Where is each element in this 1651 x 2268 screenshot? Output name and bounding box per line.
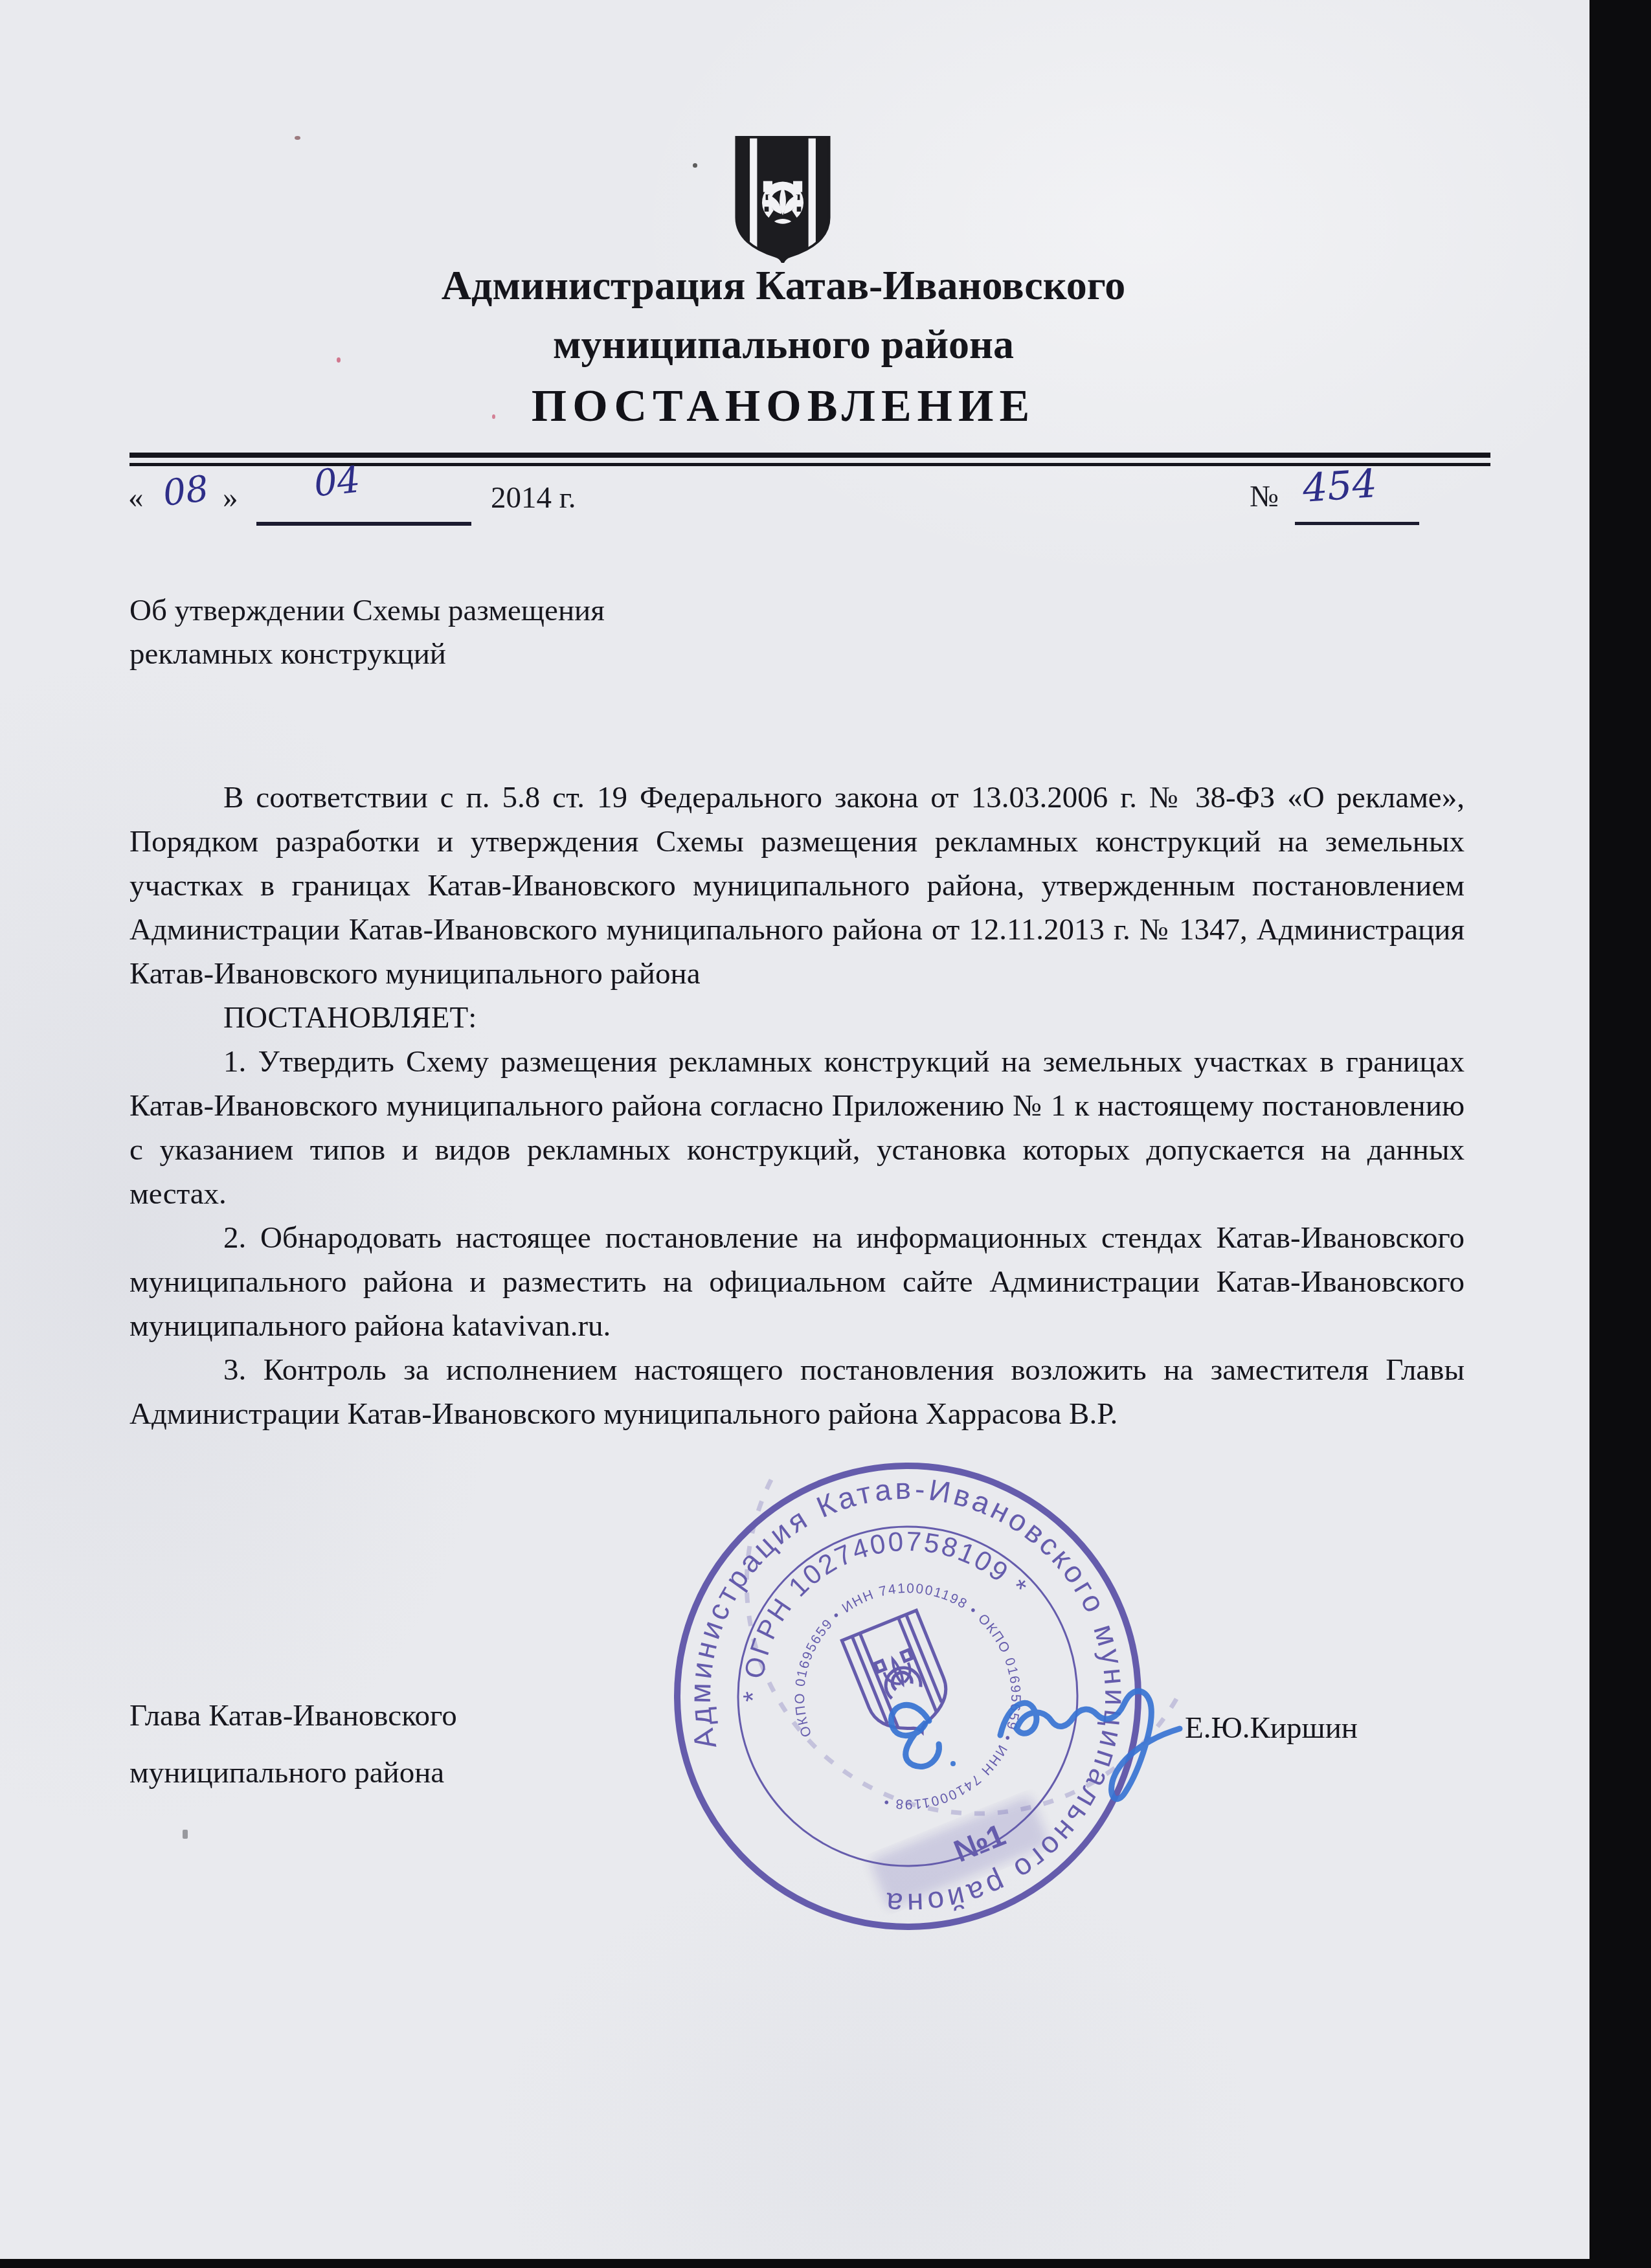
signer-title-line1: Глава Катав-Ивановского <box>129 1687 457 1744</box>
signature-strokes <box>891 1691 1180 1799</box>
coat-of-arms-icon <box>734 135 832 263</box>
date-open-quote: « <box>128 480 144 515</box>
date-blank-line <box>256 484 471 526</box>
paper-speck <box>693 163 697 168</box>
document-type-title: ПОСТАНОВЛЕНИЕ <box>0 381 1567 432</box>
item-3-paragraph: 3. Контроль за исполнением настоящего по… <box>129 1348 1465 1436</box>
org-name-line1: Администрация Катав-Ивановского <box>0 263 1567 308</box>
ink-speck-red <box>295 136 300 140</box>
handwritten-day: 08 <box>161 467 210 514</box>
scanner-edge-bottom <box>0 2259 1651 2268</box>
org-name-line2: муниципального района <box>0 322 1567 367</box>
signer-name: Е.Ю.Киршин <box>1185 1711 1358 1746</box>
signature-icon <box>868 1624 1204 1837</box>
signer-title-block: Глава Катав-Ивановского муниципального р… <box>129 1687 457 1801</box>
ink-speck-red <box>492 414 495 419</box>
item-1-paragraph: 1. Утвердить Схему размещения рекламных … <box>129 1040 1465 1216</box>
paper-speck <box>183 1830 188 1839</box>
intro-paragraph: В соответствии с п. 5.8 ст. 19 Федеральн… <box>129 776 1465 996</box>
subject-line2: рекламных конструкций <box>129 633 1036 676</box>
subject-line1: Об утверждении Схемы размещения <box>129 589 1036 633</box>
item-2-paragraph: 2. Обнародовать настоящее постановление … <box>129 1216 1465 1348</box>
ink-speck-red <box>337 357 341 363</box>
scanner-edge-right <box>1589 0 1651 2268</box>
signer-title-line2: муниципального района <box>129 1744 457 1801</box>
handwritten-document-number: 454 <box>1301 461 1378 511</box>
scanned-document: Администрация Катав-Ивановского муниципа… <box>0 0 1651 2268</box>
handwritten-month: 04 <box>312 458 363 505</box>
subject-block: Об утверждении Схемы размещения рекламны… <box>129 589 1036 676</box>
date-close-quote: » <box>223 480 238 515</box>
document-number-sign: № <box>1250 479 1279 514</box>
year-label: 2014 г. <box>491 480 576 515</box>
document-page: Администрация Катав-Ивановского муниципа… <box>0 0 1589 2259</box>
body-text: В соответствии с п. 5.8 ст. 19 Федеральн… <box>129 776 1465 1436</box>
resolves-line: ПОСТАНОВЛЯЕТ: <box>129 996 1465 1040</box>
